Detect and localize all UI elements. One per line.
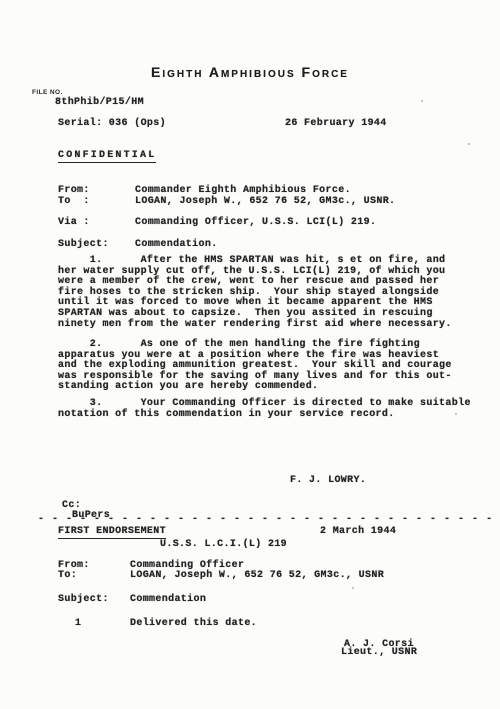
endorsement-subject-value: Commendation: [130, 594, 206, 605]
endorsement-to-label: To:: [58, 571, 130, 582]
endorsement-heading: FIRST ENDORSEMENT: [58, 527, 166, 538]
subject-value: Commendation.: [135, 239, 218, 250]
item-text: Delivered this date.: [130, 618, 257, 629]
ship-name: U.S.S. L.C.I.(L) 219: [160, 540, 287, 551]
field-row-to: To :LOGAN, Joseph W., 652 76 52, GM3c., …: [58, 197, 395, 208]
endorsement-signature-block: A. J. Corsi Lieut., USNR: [344, 641, 417, 657]
field-row-via: Via :Commanding Officer, U.S.S. LCI(L) 2…: [58, 218, 376, 229]
signature-lowry: F. J. LOWRY.: [290, 476, 366, 487]
separator-dashes: - - - - - - - - - - - - - - - - - - - - …: [38, 515, 500, 526]
field-row-from: From:Commander Eighth Amphibious Force.: [58, 186, 351, 197]
endorsement-date: 2 March 1944: [320, 527, 396, 538]
file-no-value: 8thPhib/P15/HM: [55, 98, 144, 109]
from-value: Commander Eighth Amphibious Force.: [135, 185, 351, 196]
scanned-document-page: Eighth Amphibious Force FILE NO. 8thPhib…: [0, 0, 500, 709]
scan-speckle: [352, 587, 354, 589]
subject-label: Subject:: [58, 240, 135, 251]
endorsement-row-to: To:LOGAN, Joseph W., 652 76 52, GM3c., U…: [58, 571, 384, 582]
endorsement-to-value: LOGAN, Joseph W., 652 76 52, GM3c., USNR: [130, 570, 384, 581]
from-label: From:: [58, 186, 135, 197]
via-label: Via :: [58, 218, 135, 229]
endorsement-title: FIRST ENDORSEMENT: [58, 526, 166, 539]
signature-rank: Lieut., USNR: [341, 647, 417, 658]
paragraph-1: 1. After the HMS SPARTAN was hit, s et o…: [58, 256, 452, 330]
scan-speckle: [455, 413, 457, 415]
to-value: LOGAN, Joseph W., 652 76 52, GM3c., USNR…: [135, 196, 395, 207]
file-no-label: FILE NO.: [32, 89, 63, 96]
serial-line: Serial: 036 (Ops): [58, 119, 166, 130]
paragraph-3: 3. Your Commanding Officer is directed t…: [58, 399, 471, 420]
classification-stamp: CONFIDENTIAL: [58, 151, 156, 162]
endorsement-item-row: 1Delivered this date.: [58, 619, 257, 630]
to-label: To :: [58, 197, 135, 208]
letterhead-title: Eighth Amphibious Force: [0, 64, 500, 80]
classification-text: CONFIDENTIAL: [58, 150, 156, 163]
paragraph-2: 2. As one of the men handling the fire f…: [58, 340, 452, 393]
scan-speckle: [468, 143, 470, 145]
endorsement-row-subject: Subject:Commendation: [58, 595, 206, 606]
item-number: 1: [58, 619, 130, 630]
endorsement-subject-label: Subject:: [58, 595, 130, 606]
via-value: Commanding Officer, U.S.S. LCI(L) 219.: [135, 217, 376, 228]
scan-speckle: [421, 100, 423, 102]
field-row-subject: Subject:Commendation.: [58, 240, 218, 251]
letter-date: 26 February 1944: [285, 119, 387, 130]
